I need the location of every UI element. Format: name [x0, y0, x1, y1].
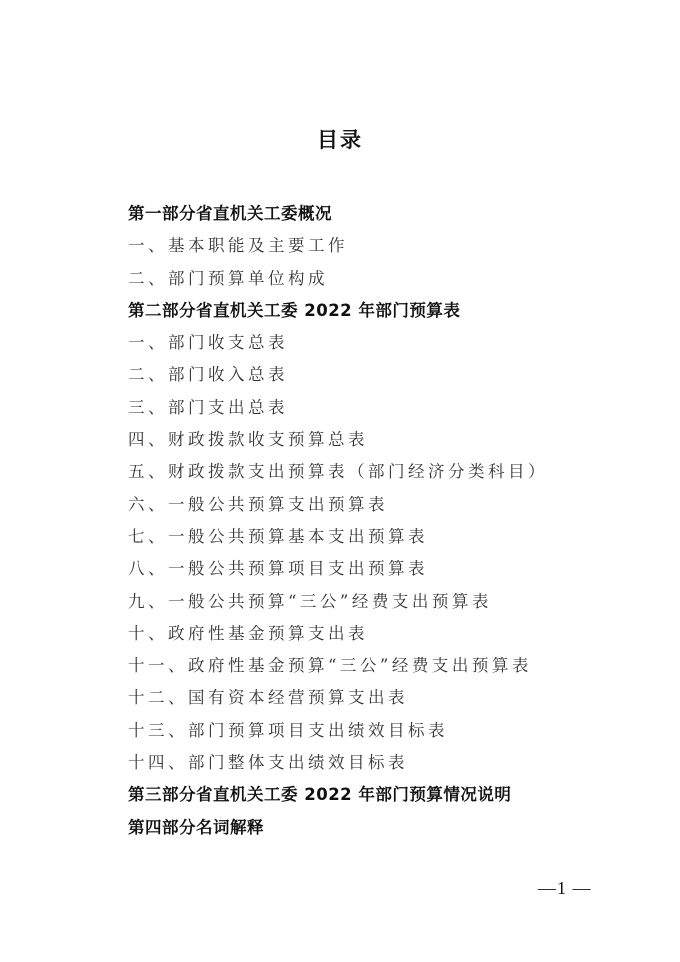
toc-entry[interactable]: 五、财政拨款支出预算表（部门经济分类科目） — [128, 456, 588, 488]
toc-entry[interactable]: 八、一般公共预算项目支出预算表 — [128, 553, 588, 585]
toc-entry[interactable]: 七、一般公共预算基本支出预算表 — [128, 521, 588, 553]
toc-entry[interactable]: 一、基本职能及主要工作 — [128, 230, 588, 262]
toc-entry[interactable]: 十一、政府性基金预算“三公”经费支出预算表 — [128, 650, 588, 682]
toc-entry[interactable]: 六、一般公共预算支出预算表 — [128, 489, 588, 521]
toc-entry[interactable]: 三、部门支出总表 — [128, 392, 588, 424]
toc-entry[interactable]: 十二、国有资本经营预算支出表 — [128, 682, 588, 714]
toc-part-2[interactable]: 第二部分省直机关工委 2022 年部门预算表 — [128, 295, 588, 327]
toc-entry[interactable]: 一、部门收支总表 — [128, 327, 588, 359]
toc-entry[interactable]: 四、财政拨款收支预算总表 — [128, 424, 588, 456]
toc-entry[interactable]: 十、政府性基金预算支出表 — [128, 618, 588, 650]
toc-entry[interactable]: 十三、部门预算项目支出绩效目标表 — [128, 715, 588, 747]
toc-part-1[interactable]: 第一部分省直机关工委概况 — [128, 198, 588, 230]
toc-entry[interactable]: 二、部门收入总表 — [128, 359, 588, 391]
page-number: —1 — — [538, 878, 592, 899]
toc-entry[interactable]: 二、部门预算单位构成 — [128, 263, 588, 295]
toc-entry[interactable]: 十四、部门整体支出绩效目标表 — [128, 747, 588, 779]
toc-entry[interactable]: 九、一般公共预算“三公”经费支出预算表 — [128, 586, 588, 618]
toc-title: 目录 — [0, 124, 680, 154]
table-of-contents: 第一部分省直机关工委概况 一、基本职能及主要工作 二、部门预算单位构成 第二部分… — [128, 198, 588, 844]
toc-part-3[interactable]: 第三部分省直机关工委 2022 年部门预算情况说明 — [128, 779, 588, 811]
toc-part-4[interactable]: 第四部分名词解释 — [128, 812, 588, 844]
